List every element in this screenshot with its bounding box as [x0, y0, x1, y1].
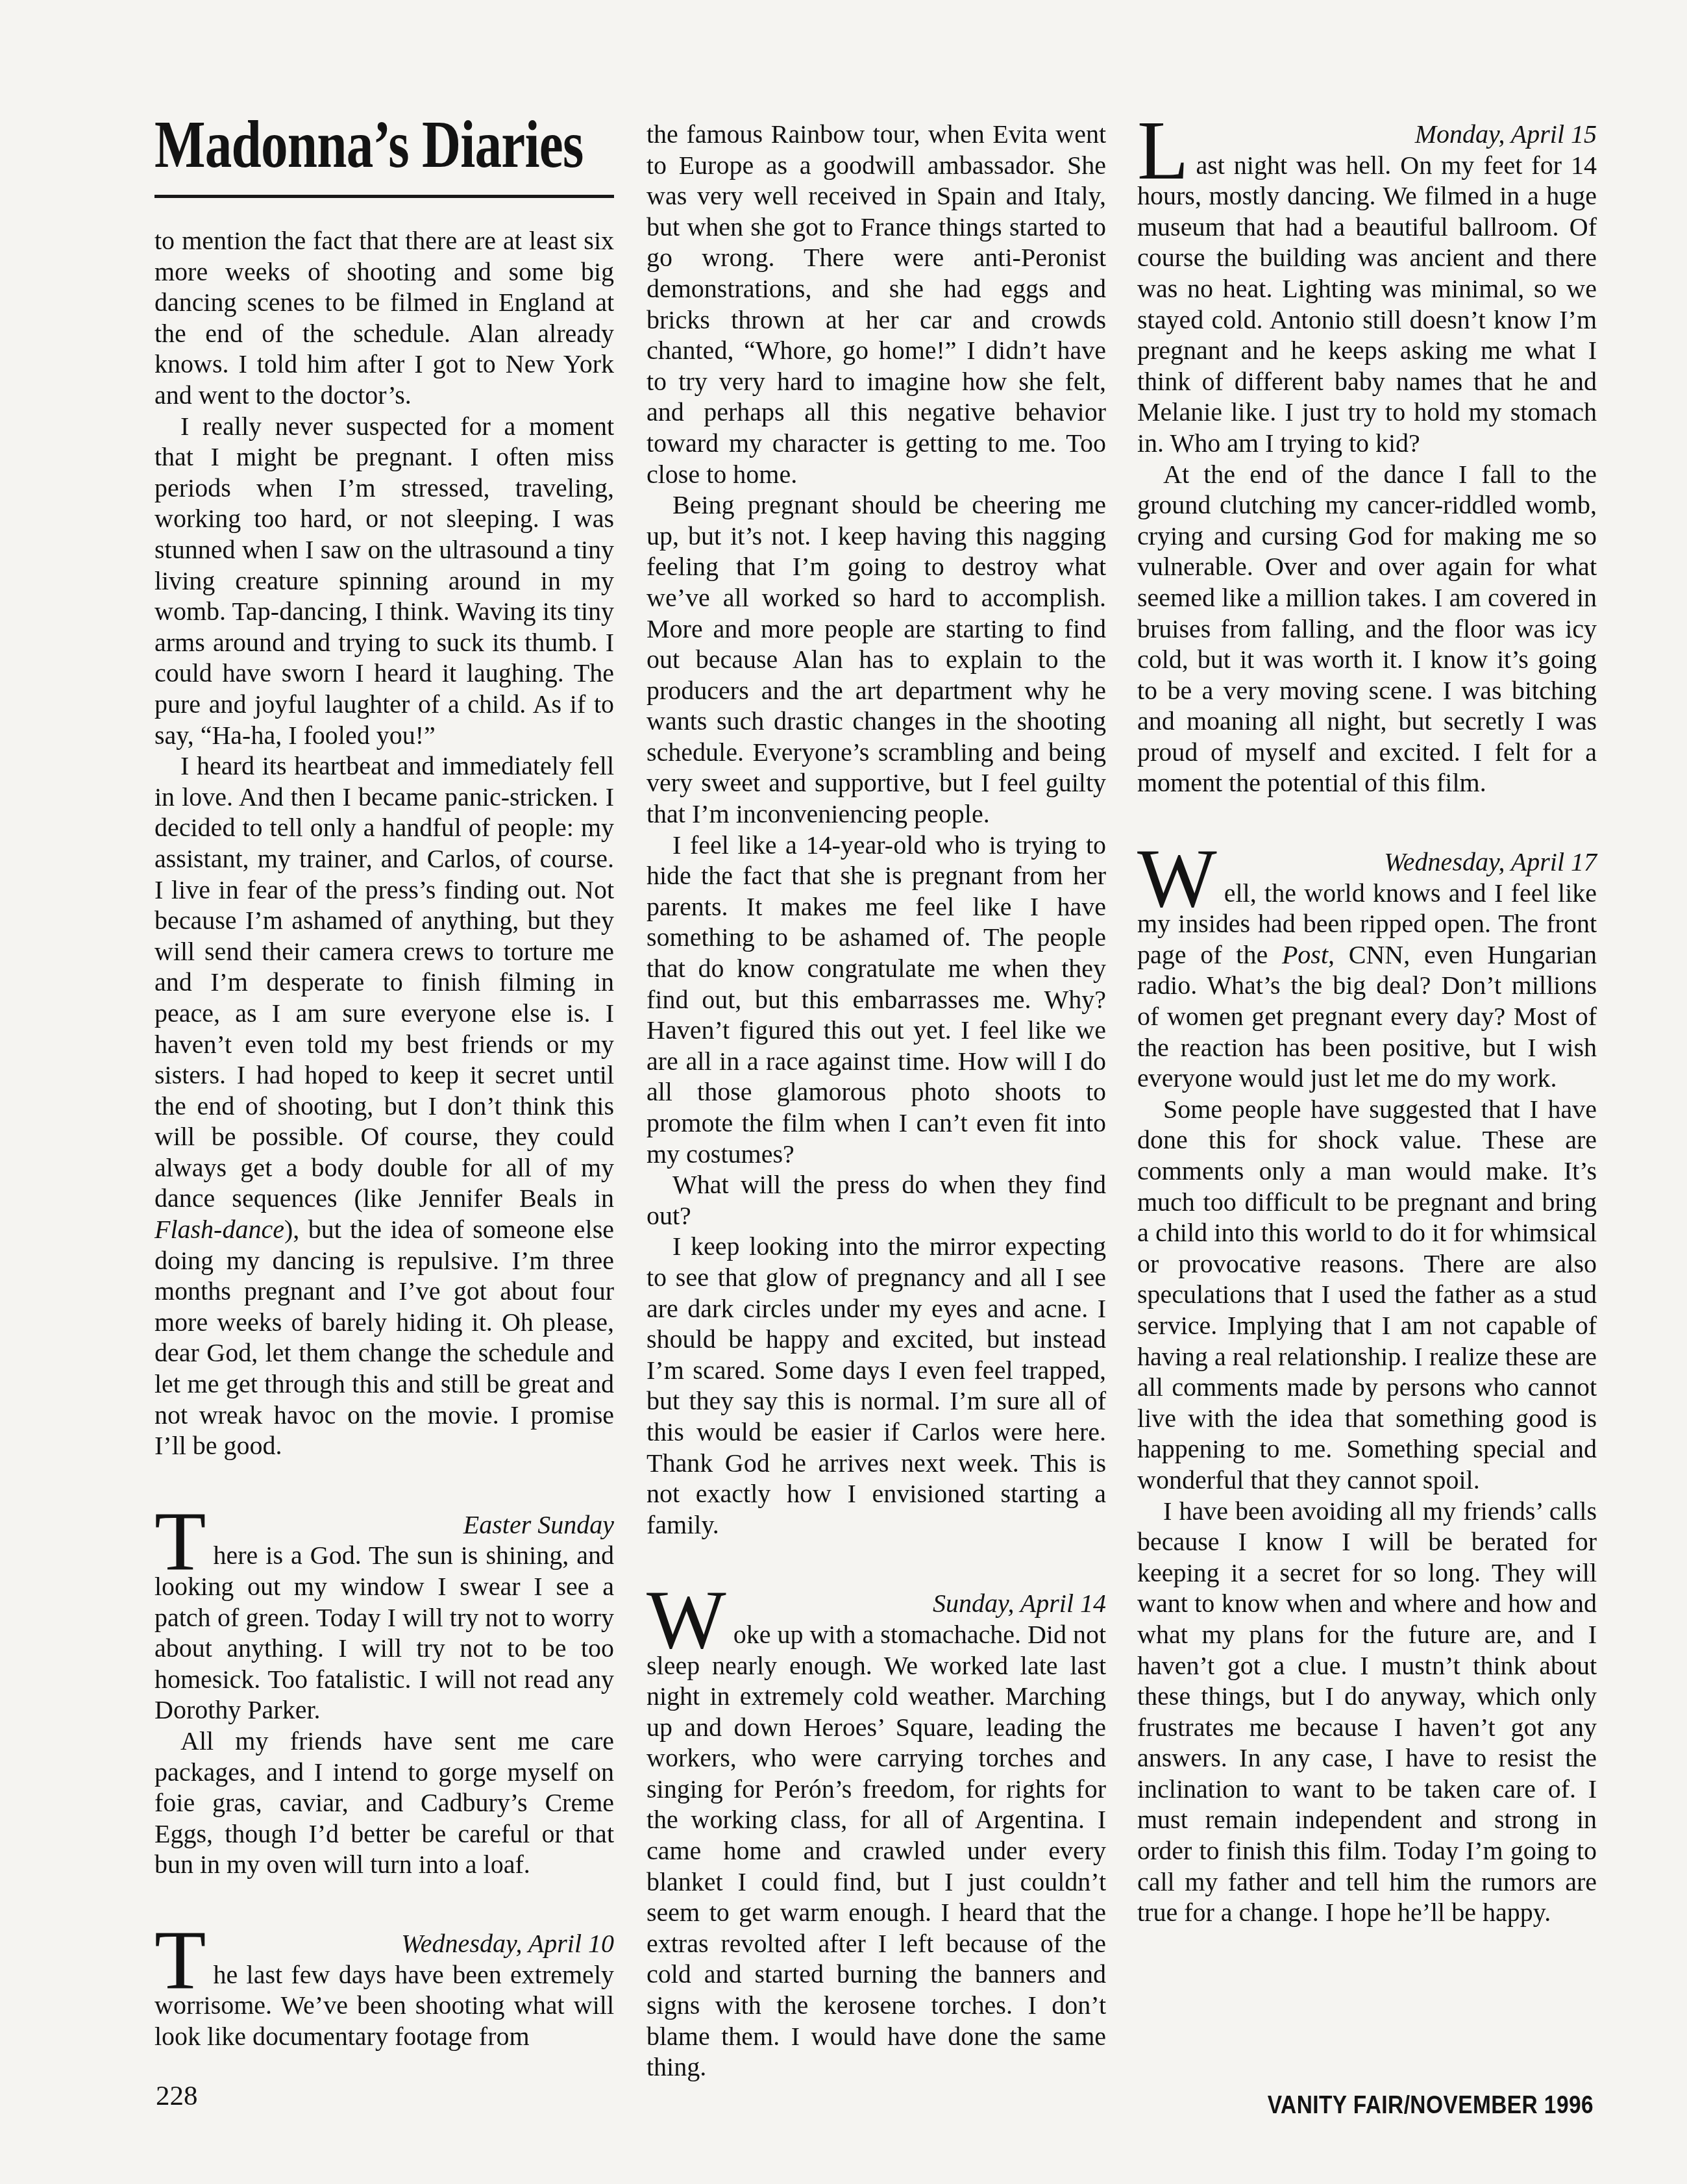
paragraph: ast night was hell. On my feet for 14 ho… [1137, 150, 1597, 459]
entry-date-heading: Wednesday, April 10 [154, 1928, 614, 1959]
article-masthead: Madonna’s Diaries [154, 110, 614, 198]
paragraph: All my friends have sent me care package… [154, 1726, 614, 1880]
paragraph: I feel like a 14-year-old who is trying … [646, 830, 1106, 1170]
paragraph: Being pregnant should be cheering me up,… [646, 490, 1106, 830]
drop-cap-letter: W [1137, 847, 1224, 908]
paragraph: he last few days have been extremely wor… [154, 1959, 614, 2052]
italic-text: Flash-dance [154, 1215, 284, 1244]
paragraph: I heard its heartbeat and immediately fe… [154, 751, 614, 1461]
paragraph: Some people have suggested that I have d… [1137, 1094, 1597, 1496]
paragraph: What will the press do when they find ou… [646, 1169, 1106, 1231]
paragraph: I really never suspected for a moment th… [154, 411, 614, 751]
column-2: the famous Rainbow tour, when Evita went… [646, 119, 1106, 2083]
paragraph: to mention the fact that there are at le… [154, 225, 614, 411]
italic-text: Post, [1282, 940, 1335, 969]
diary-entry: LMonday, April 15ast night was hell. On … [1137, 119, 1597, 459]
entry-date-heading: Easter Sunday [154, 1509, 614, 1541]
column-1-body: to mention the fact that there are at le… [154, 225, 614, 2052]
drop-cap-letter: T [154, 1928, 213, 1990]
paragraph: ell, the world knows and I feel like my … [1137, 878, 1597, 1094]
diary-entry: WSunday, April 14oke up with a stomachac… [646, 1588, 1106, 2083]
drop-cap-letter: T [154, 1509, 213, 1571]
column-1: Madonna’s Diaries to mention the fact th… [154, 110, 614, 2052]
paragraph: here is a God. The sun is shining, and l… [154, 1540, 614, 1726]
paragraph: oke up with a stomachache. Did not sleep… [646, 1619, 1106, 2083]
paragraph: At the end of the dance I fall to the gr… [1137, 459, 1597, 799]
diary-entry: TEaster Sundayhere is a God. The sun is … [154, 1509, 614, 1726]
diary-entry: TWednesday, April 10he last few days hav… [154, 1928, 614, 2052]
magazine-footer: VANITY FAIR/NOVEMBER 1996 [191, 2092, 1594, 2120]
drop-cap-letter: W [646, 1588, 733, 1650]
entry-date-heading: Monday, April 15 [1137, 119, 1597, 150]
page-title: Madonna’s Diaries [154, 110, 522, 179]
column-3: LMonday, April 15ast night was hell. On … [1137, 119, 1597, 1928]
paragraph: the famous Rainbow tour, when Evita went… [646, 119, 1106, 490]
diary-entry: WWednesday, April 17ell, the world knows… [1137, 847, 1597, 1094]
magazine-page: Madonna’s Diaries to mention the fact th… [0, 0, 1687, 2184]
paragraph: I have been avoiding all my friends’ cal… [1137, 1496, 1597, 1928]
drop-cap-letter: L [1137, 119, 1196, 180]
title-rule-divider [154, 195, 614, 198]
paragraph: I keep looking into the mirror expecting… [646, 1231, 1106, 1540]
